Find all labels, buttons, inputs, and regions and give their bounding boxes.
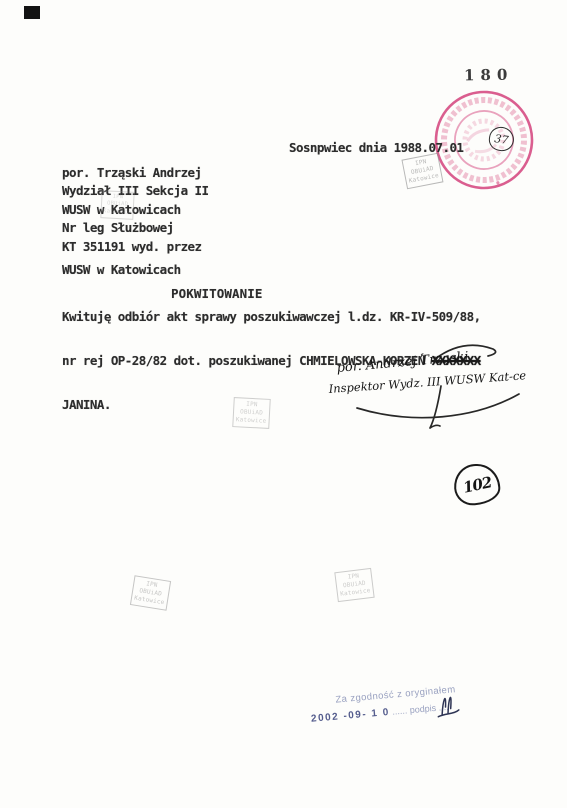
ipn-stamp-line3: Katowice bbox=[102, 208, 131, 217]
ipn-stamp: IPN OBUiAD Katowice bbox=[130, 575, 171, 611]
ipn-stamp: IPN OBUiAD Katowice bbox=[232, 397, 271, 429]
certify-dots-left: ...... bbox=[392, 705, 408, 716]
certification-stamp: Za zgodność z oryginałem 2002 -09- 1 0 .… bbox=[309, 681, 491, 725]
sender-line: Nr leg Służbowej bbox=[62, 220, 209, 238]
certify-date-stamp: 2002 -09- 1 0 bbox=[311, 707, 391, 725]
handwritten-signature: por. Andrzej Trząski Inspektor Wydz. III… bbox=[323, 344, 567, 432]
sender-line: WUSW w Katowicach bbox=[62, 262, 209, 280]
body-line1: Kwituję odbiór akt sprawy poszukiwawczej… bbox=[62, 309, 481, 324]
ipn-stamp: IPN OBUiAD Katowice bbox=[100, 190, 134, 220]
circled-page-number: 102 bbox=[453, 462, 502, 506]
signature-line1: por. Andrzej Trząski bbox=[336, 350, 469, 376]
sender-line: KT 351191 wyd. przez bbox=[62, 239, 209, 257]
certify-initials-paraph bbox=[433, 687, 462, 721]
sender-line: WUSW w Katowicach bbox=[62, 202, 209, 220]
sender-line: Wydział III Sekcja II bbox=[62, 183, 209, 201]
page-number-top: 180 bbox=[464, 66, 514, 85]
ipn-stamp: IPN OBUiAD Katowice bbox=[334, 568, 374, 603]
certify-podpis-label: podpis bbox=[409, 703, 436, 715]
document-page: 180 37 Sosnpwiec dnia 1988.07.01 IPN OBU… bbox=[0, 0, 567, 808]
signature-cross-stroke bbox=[430, 386, 441, 428]
circled-page-number-value: 102 bbox=[461, 473, 492, 496]
corner-mark bbox=[24, 6, 40, 19]
circled-37-value: 37 bbox=[494, 132, 510, 147]
document-title: POKWITOWANIE bbox=[171, 286, 263, 301]
ipn-stamp-line3: Katowice bbox=[234, 416, 267, 426]
body-line3: JANINA. bbox=[62, 397, 111, 412]
sender-line: por. Trząski Andrzej bbox=[62, 165, 209, 183]
sender-block: por. Trząski Andrzej Wydział III Sekcja … bbox=[62, 165, 209, 280]
